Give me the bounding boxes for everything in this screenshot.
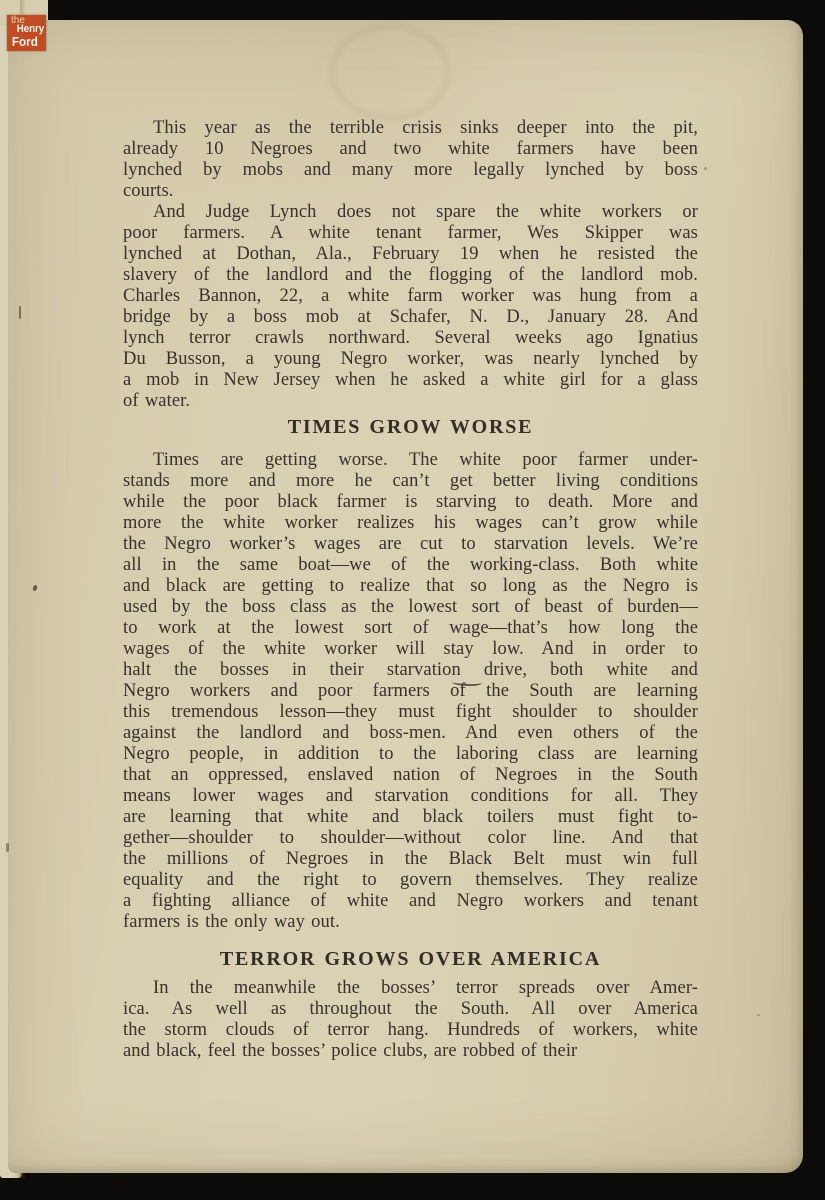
text-line: courts.	[123, 181, 698, 202]
document-text-column: This year as the terrible crisis sinks d…	[123, 118, 698, 1062]
text-line: that an oppressed, enslaved nation of Ne…	[123, 765, 698, 786]
text-line: And Judge Lynch does not spare the white…	[123, 202, 698, 223]
text-line: and black are getting to realize that so…	[123, 576, 698, 597]
text-line: the millions of Negroes in the Black Bel…	[123, 849, 698, 870]
text-line: farmers is the only way out.	[123, 912, 698, 933]
text-line: and black, feel the bosses’ police clubs…	[123, 1041, 698, 1062]
text-line: Negro people, in addition to the laborin…	[123, 744, 698, 765]
text-line: slavery of the landlord and the flogging…	[123, 265, 698, 286]
text-line: this tremendous lesson—they must fight s…	[123, 702, 698, 723]
ink-speck	[704, 167, 707, 170]
text-line: lynched at Dothan, Ala., February 19 whe…	[123, 244, 698, 265]
text-line: wages of the white worker will stay low.…	[123, 639, 698, 660]
text-line: gether—shoulder to shoulder—without colo…	[123, 828, 698, 849]
text-line: equality and the right to govern themsel…	[123, 870, 698, 891]
ink-speck	[757, 1014, 760, 1016]
text-line: Charles Bannon, 22, a white farm worker …	[123, 286, 698, 307]
paragraph: In the meanwhile the bosses’ terror spre…	[123, 978, 698, 1062]
text-line: stands more and more he can’t get better…	[123, 471, 698, 492]
paragraph: This year as the terrible crisis sinks d…	[123, 118, 698, 202]
ink-speck	[19, 306, 21, 319]
text-line: already 10 Negroes and two white farmers…	[123, 139, 698, 160]
text-line: halt the bosses in their starvation driv…	[123, 660, 698, 681]
text-line: lynch terror crawls northward. Several w…	[123, 328, 698, 349]
scanned-page: This year as the terrible crisis sinks d…	[8, 20, 803, 1173]
text-line: Du Busson, a young Negro worker, was nea…	[123, 349, 698, 370]
text-line: while the poor black farmer is starving …	[123, 492, 698, 513]
text-line: all in the same boat—we of the working-c…	[123, 555, 698, 576]
text-line: to work at the lowest sort of wage—that’…	[123, 618, 698, 639]
text-line: of water.	[123, 391, 698, 412]
text-line: the Negro worker’s wages are cut to star…	[123, 534, 698, 555]
paragraph: Times are getting worse. The white poor …	[123, 450, 698, 933]
text-line: a mob in New Jersey when he asked a whit…	[123, 370, 698, 391]
text-line: a fighting alliance of white and Negro w…	[123, 891, 698, 912]
text-line: against the landlord and boss-men. And e…	[123, 723, 698, 744]
text-line: lynched by mobs and many more legally ly…	[123, 160, 698, 181]
text-line: means lower wages and starvation conditi…	[123, 786, 698, 807]
section-heading: TERROR GROWS OVER AMERICA	[123, 947, 698, 971]
henry-ford-logo: the Henry Ford	[7, 15, 46, 51]
text-line: the storm clouds of terror hang. Hundred…	[123, 1020, 698, 1041]
scanner-background: This year as the terrible crisis sinks d…	[0, 0, 825, 1200]
text-line: Negro workers and poor farmers of the So…	[123, 681, 698, 702]
text-line: more the white worker realizes his wages…	[123, 513, 698, 534]
ink-speck	[6, 843, 9, 852]
text-line: ica. As well as throughout the South. Al…	[123, 999, 698, 1020]
text-line: This year as the terrible crisis sinks d…	[123, 118, 698, 139]
text-line: In the meanwhile the bosses’ terror spre…	[123, 978, 698, 999]
stain-ring-artifact	[330, 24, 450, 120]
logo-text-ford: Ford	[12, 34, 38, 49]
text-line: Times are getting worse. The white poor …	[123, 450, 698, 471]
text-line: poor farmers. A white tenant farmer, Wes…	[123, 223, 698, 244]
text-line: used by the boss class as the lowest sor…	[123, 597, 698, 618]
paragraph: And Judge Lynch does not spare the white…	[123, 202, 698, 412]
text-line: bridge by a boss mob at Schafer, N. D., …	[123, 307, 698, 328]
text-line: are learning that white and black toiler…	[123, 807, 698, 828]
section-heading: TIMES GROW WORSE	[123, 415, 698, 439]
